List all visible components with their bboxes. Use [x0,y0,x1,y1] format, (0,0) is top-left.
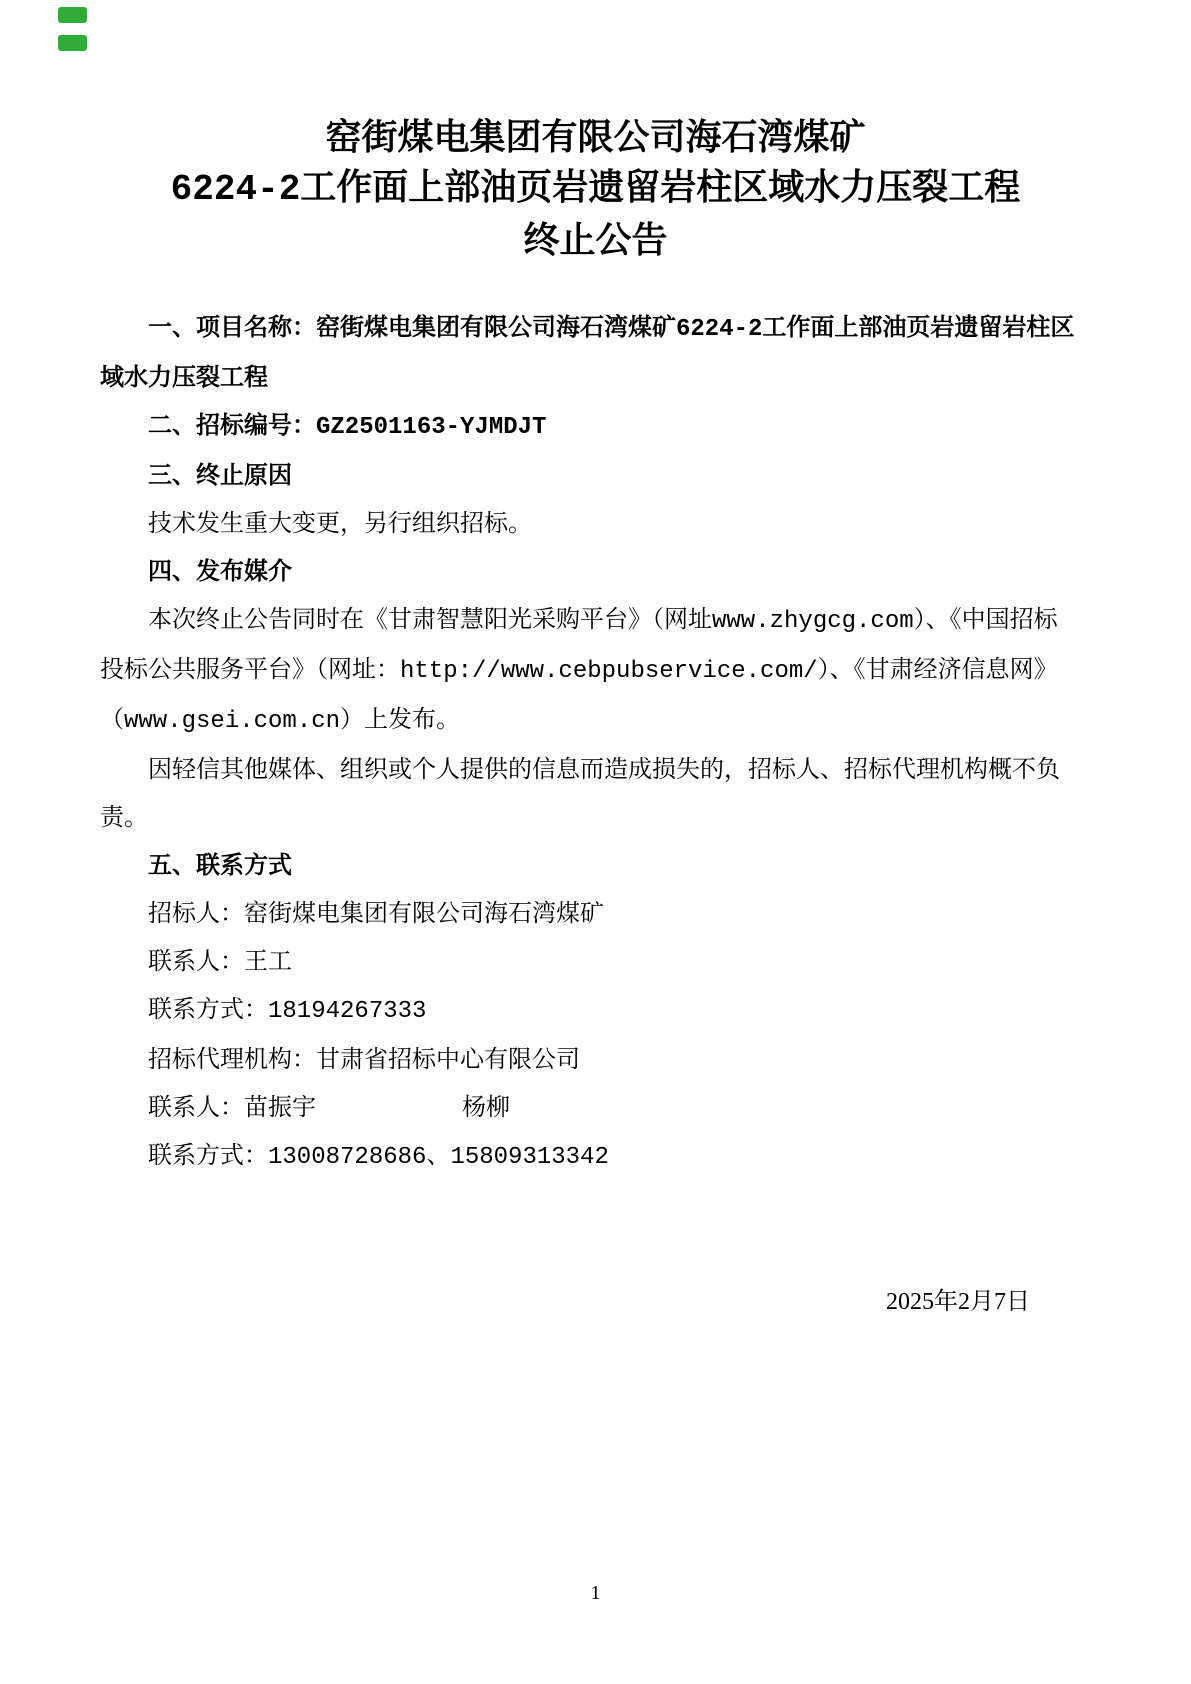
text-line: 本次终止公告同时在《甘肃智慧阳光采购平台》（网址www.zhygcg.com）、… [100,596,1090,646]
cjk-text-run: 五、联系方式 [148,853,292,879]
text-line: 联系方式：18194267333 [100,986,1090,1036]
latin-text-run: 13008728686 [268,1144,426,1171]
cjk-text-run: 工作面上部油页岩遗留岩柱区 [762,315,1074,341]
cjk-text-run: 因轻信其他媒体、组织或个人提供的信息而造成损失的，招标人、招标代理机构概不负 [148,757,1060,783]
cjk-text-run: 窑街煤电集团有限公司海石湾煤矿 [325,117,865,157]
title-line: 6224-2工作面上部油页岩遗留岩柱区域水力压裂工程 [0,162,1191,215]
text-line: 招标代理机构：甘肃省招标中心有限公司 [100,1036,1090,1084]
text-line: 一、项目名称：窑街煤电集团有限公司海石湾煤矿6224-2工作面上部油页岩遗留岩柱… [100,304,1090,354]
cjk-text-run: 投标公共服务平台》（网址： [100,657,400,683]
cjk-text-run: 本次终止公告同时在《甘肃智慧阳光采购平台》（网址 [148,607,712,633]
page-number: 1 [591,1582,601,1604]
title-line: 窑街煤电集团有限公司海石湾煤矿 [0,112,1191,162]
cjk-text-run: 联系方式： [148,997,268,1023]
cjk-text-run: 联系方式： [148,1143,268,1169]
latin-text-run: GZ2501163-YJMDJT [316,414,546,441]
latin-text-run: 6224-2 [676,316,762,343]
document-page: 窑街煤电集团有限公司海石湾煤矿6224-2工作面上部油页岩遗留岩柱区域水力压裂工… [0,0,1191,1684]
cjk-text-run: 联系人：王工 [148,949,292,975]
cjk-text-run: 三、终止原因 [148,463,292,489]
cjk-text-run: 招标代理机构：甘肃省招标中心有限公司 [148,1047,580,1073]
text-line: （www.gsei.com.cn）上发布。 [100,696,1090,746]
cjk-text-run: 杨柳 [462,1095,510,1121]
cjk-text-run: 终止公告 [523,220,667,260]
cjk-text-run: ）、《中国招标 [914,607,1058,633]
green-marker-icon [58,35,87,51]
text-line: 因轻信其他媒体、组织或个人提供的信息而造成损失的，招标人、招标代理机构概不负 [100,746,1090,794]
text-line: 招标人：窑街煤电集团有限公司海石湾煤矿 [100,890,1090,938]
text-line: 联系人：苗振宇杨柳 [100,1084,1090,1132]
date-line: 2025年2月7日 [0,1278,1191,1326]
cjk-text-run: 二、招标编号： [148,413,316,439]
cjk-text-run: 域水力压裂工程 [100,365,268,391]
document-title: 窑街煤电集团有限公司海石湾煤矿6224-2工作面上部油页岩遗留岩柱区域水力压裂工… [0,0,1191,265]
latin-text-run: www.gsei.com.cn [124,708,340,735]
title-line: 终止公告 [0,215,1191,265]
latin-text-run: 15809313342 [450,1144,608,1171]
cjk-text-run: 工作面上部油页岩遗留岩柱区域水力压裂工程 [300,167,1020,207]
cjk-text-run: 四、发布媒介 [148,559,292,585]
text-line: 技术发生重大变更，另行组织招标。 [100,500,1090,548]
text-line: 四、发布媒介 [100,548,1090,596]
text-line: 责。 [100,794,1090,842]
page-footer: 1 [0,1581,1191,1605]
cjk-text-run: ）、《甘肃经济信息网》 [818,657,1058,683]
text-line: 三、终止原因 [100,452,1090,500]
text-line: 域水力压裂工程 [100,354,1090,402]
green-marker-icon [58,7,87,23]
text-line: 投标公共服务平台》（网址：http://www.cebpubservice.co… [100,646,1090,696]
text-line: 五、联系方式 [100,842,1090,890]
latin-text-run: www.zhygcg.com [712,608,914,635]
cjk-text-run: 责。 [100,805,148,831]
text-line: 联系方式：13008728686、15809313342 [100,1132,1090,1182]
document-body: 一、项目名称：窑街煤电集团有限公司海石湾煤矿6224-2工作面上部油页岩遗留岩柱… [0,304,1191,1182]
date-text: 2025年2月7日 [886,1289,1030,1315]
latin-text-run: 6224-2 [171,169,301,210]
cjk-text-run: 技术发生重大变更，另行组织招标。 [148,511,532,537]
text-line: 联系人：王工 [100,938,1090,986]
latin-text-run: http://www.cebpubservice.com/ [400,658,818,685]
text-line: 二、招标编号：GZ2501163-YJMDJT [100,402,1090,452]
cjk-text-run: 一、项目名称：窑街煤电集团有限公司海石湾煤矿 [148,315,676,341]
cjk-text-run: （ [100,707,124,733]
cjk-text-run: 招标人：窑街煤电集团有限公司海石湾煤矿 [148,901,604,927]
cjk-text-run: ）上发布。 [340,707,460,733]
latin-text-run: 18194267333 [268,998,426,1025]
cjk-text-run: 联系人：苗振宇 [148,1095,316,1121]
cjk-text-run: 、 [426,1143,450,1169]
